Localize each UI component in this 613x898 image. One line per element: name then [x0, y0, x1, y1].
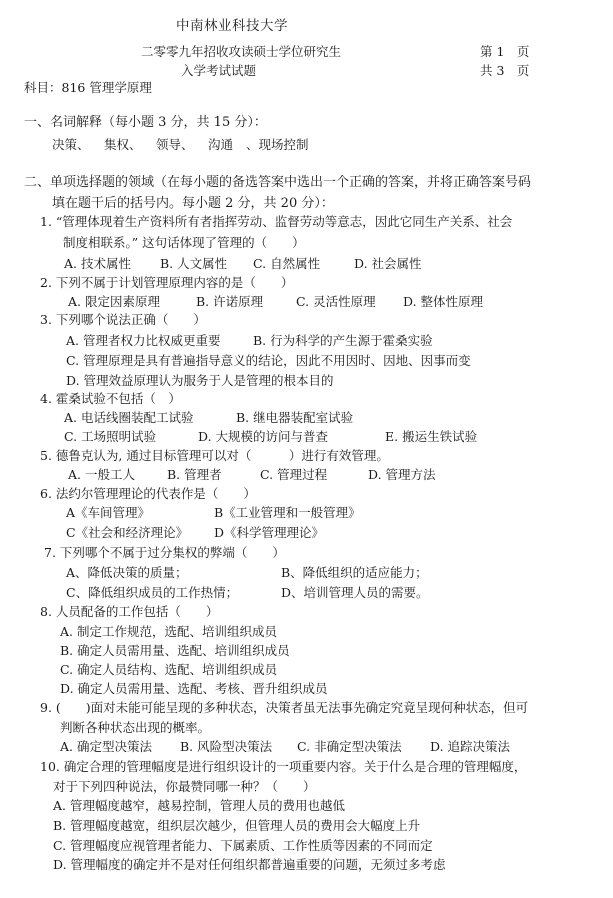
question-1-option-d: D. 社会属性	[354, 256, 422, 272]
question-4-option-c: C. 工场照明试验	[64, 429, 156, 445]
question-10-stem: 10. 确定合理的管理幅度是进行组织设计的一项重要内容。关于什么是合理的管理幅度…	[40, 759, 526, 775]
question-5-option-b: B. 管理者	[167, 467, 222, 483]
question-5-option-a: A. 一般工人	[68, 467, 135, 483]
question-9-stem-cont: 判断各种状态出现的概率。	[60, 720, 210, 736]
question-3-option-c: C. 管理原理是具有普遍指导意义的结论，因此不用因时、因地、因事而变	[66, 353, 471, 369]
subject-label: 科目：816 管理学原理	[24, 80, 152, 96]
question-10-option-c: C. 管理幅度应视管理者能力、下属素质、工作性质等因素的不同而定	[53, 838, 433, 854]
question-4-option-b: B. 继电器装配室试验	[236, 410, 353, 426]
question-8-option-d: D. 确定人员需用量、选配、考核、晋升组织成员	[60, 681, 328, 697]
term: 领导、	[156, 137, 194, 153]
section2-heading-cont: 填在题干后的括号内。每小题 2 分，共 20 分）：	[52, 196, 334, 212]
question-3-stem: 3. 下列哪个说法正确（ ）	[40, 312, 206, 328]
exam-title-line3: 入学考试试题	[181, 63, 256, 79]
question-9-option-d: D. 追踪决策法	[430, 739, 510, 755]
question-5-stem: 5. 德鲁克认为, 通过目标管理可以对（ ）进行有效管理。	[40, 448, 389, 464]
question-9-option-a: A. 确定型决策法	[60, 739, 152, 755]
page-current: 第 1 页	[480, 44, 529, 60]
exam-title-line2: 二零零九年招收攻读硕士学位研究生	[141, 44, 341, 60]
question-9-stem: 9. ( )面对未能可能呈现的多种状态，决策者虽无法事先确定究竟呈现何种状态，但…	[40, 700, 528, 716]
term: 、现场控制	[246, 137, 309, 153]
question-9-option-c: C. 非确定型决策法	[297, 739, 402, 755]
question-1-option-a: A. 技术属性	[64, 256, 131, 272]
question-10-option-a: A. 管理幅度越窄，越易控制，管理人员的费用也越低	[53, 798, 345, 814]
question-1-option-c: C. 自然属性	[253, 256, 320, 272]
question-4-option-e: E. 搬运生铁试验	[385, 429, 477, 445]
page-total: 共 3 页	[480, 63, 529, 79]
question-5-option-d: D. 管理方法	[368, 467, 436, 483]
question-4-stem: 4. 霍桑试验不包括（ ）	[40, 391, 181, 407]
question-2-option-b: B. 许诺原理	[196, 294, 263, 310]
question-7-option-a: A、降低决策的质量；	[66, 565, 188, 581]
question-1-stem: 1. “管理体现着生产资料所有者指挥劳动、监督劳动等意志，因此它同生产关系、社会	[40, 214, 512, 230]
section1-heading: 一、名词解释（每小题 3 分，共 15 分）：	[24, 115, 267, 131]
question-6-option-b: B《工业管理和一般管理》	[214, 505, 361, 521]
question-10-stem-cont: 对于下列四种说法，你最赞同哪一种？（ ）	[53, 779, 316, 795]
term: 集权、	[104, 137, 142, 153]
term: 决策、	[52, 137, 90, 153]
question-2-option-d: D. 整体性原理	[403, 294, 483, 310]
question-10-option-b: B. 管理幅度越宽，组织层次越少，但管理人员的费用会大幅度上升	[53, 818, 420, 834]
question-4-option-a: A. 电话线圈装配工试验	[64, 410, 193, 426]
question-6-stem: 6. 法约尔管理理论的代表作是（ ）	[40, 486, 256, 502]
section2-heading: 二、单项选择题的领域（在每小题的备选答案中选出一个正确的答案，并将正确答案号码	[24, 175, 531, 191]
question-7-option-b: B、降低组织的适应能力；	[281, 565, 428, 581]
question-2-option-c: C. 灵活性原理	[296, 294, 376, 310]
question-7-option-d: D、培训管理人员的需要。	[281, 585, 429, 601]
question-1-option-b: B. 人文属性	[160, 256, 227, 272]
question-4-option-d: D. 大规模的访问与普查	[198, 429, 328, 445]
question-3-option-d: D. 管理效益原理认为服务于人是管理的根本目的	[66, 373, 334, 389]
question-5-option-c: C. 管理过程	[260, 467, 327, 483]
question-10-option-d: D. 管理幅度的确定并不是对任何组织都普遍重要的问题，无须过多考虑	[53, 857, 446, 873]
question-3-option-b: B. 行为科学的产生源于霍桑实验	[253, 333, 433, 349]
question-7-stem: 7. 下列哪个不属于过分集权的弊端（ ）	[44, 545, 285, 561]
term: 沟通	[208, 137, 233, 153]
question-8-option-c: C. 确定人员结构、选配、培训组织成员	[60, 662, 277, 678]
question-8-option-b: B. 确定人员需用量、选配、培训组织成员	[60, 643, 290, 659]
question-1-stem-cont: 制度相联系。” 这句话体现了管理的（ ）	[63, 235, 305, 251]
question-7-option-c: C、降低组织成员的工作热情；	[66, 585, 238, 601]
question-6-option-d: D《科学管理理论》	[214, 525, 324, 541]
question-6-option-a: A《车间管理》	[66, 505, 150, 521]
question-2-stem: 2. 下列不属于计划管理原理内容的是（ ）	[40, 275, 293, 291]
question-8-stem: 8. 人员配备的工作包括（ ）	[40, 604, 218, 620]
question-3-option-a: A. 管理者权力比权威更重要	[66, 333, 220, 349]
question-2-option-a: A. 限定因素原理	[68, 294, 160, 310]
question-6-option-c: C《社会和经济理论》	[66, 525, 188, 541]
question-9-option-b: B. 风险型决策法	[180, 739, 272, 755]
university-name: 中南林业科技大学	[176, 18, 288, 34]
question-8-option-a: A. 制定工作规范，选配、培训组织成员	[60, 624, 277, 640]
